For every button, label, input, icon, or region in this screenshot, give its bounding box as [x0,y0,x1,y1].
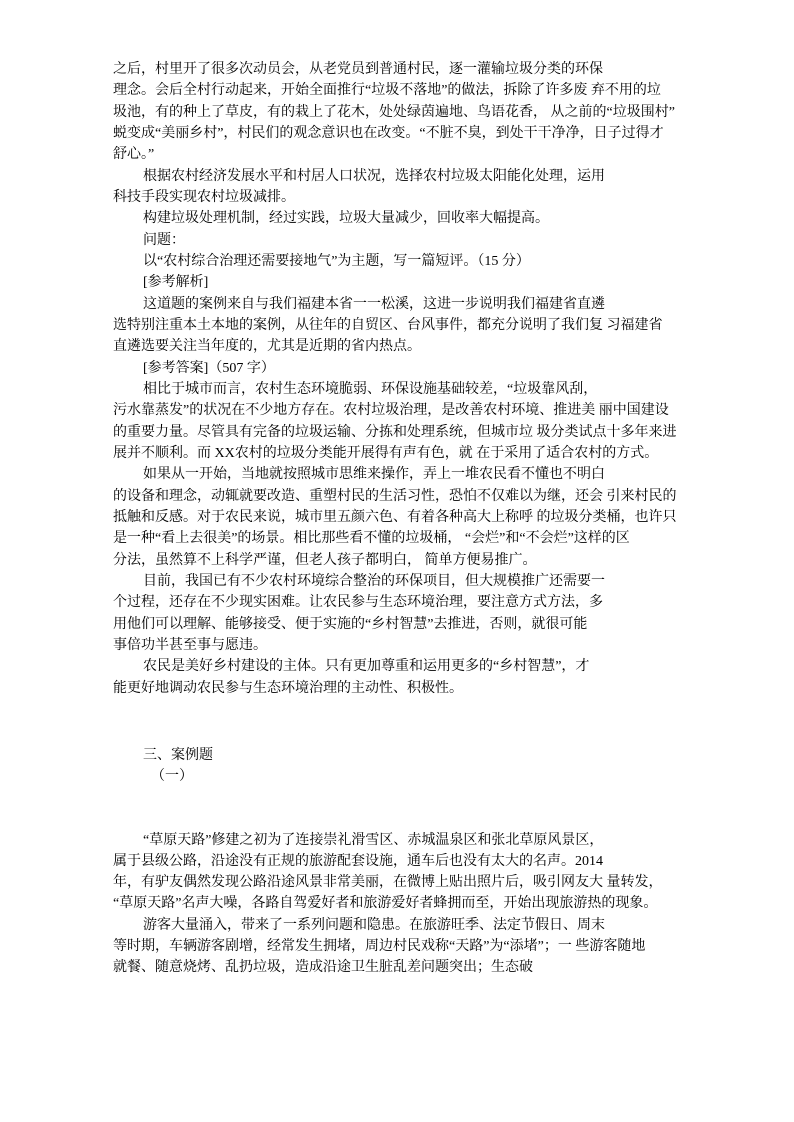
text-line: 目前，我国已有不少农村环境综合整治的环保项目，但大规模推广还需要一 [113,571,753,592]
text-line: 等时期，车辆游客剧增，经常发生拥堵，周边村民戏称“天路”为“添堵”；一 些游客随… [113,936,753,957]
text-line: 舒心。” [113,144,753,165]
text-line: 个过程，还存在不少现实困难。让农民参与生态环境治理，要注意方式方法，多 [113,592,753,613]
text-line: 选特别注重本土本地的案例，从往年的自贸区、台风事件，都充分说明了我们复 习福建省 [113,315,753,336]
text-line: 之后，村里开了很多次动员会，从老党员到普通村民，逐一灌输垃圾分类的环保 [113,59,753,80]
text-line: 属于县级公路，沿途没有正规的旅游配套设施，通车后也没有太大的名声。2014 [113,851,753,872]
text-line: 这道题的案例来自与我们福建本省一一松溪，这进一步说明我们福建省直遴 [113,294,753,315]
text-line: “草原天路”名声大噪，各路自驾爱好者和旅游爱好者蜂拥而至，开始出现旅游热的现象。 [113,893,753,914]
section-heading: 三、案例题 [113,745,753,766]
case-number: （一） [113,766,753,787]
text-line: 如果从一开始，当地就按照城市思维来操作，弄上一堆农民看不懂也不明白 [113,464,753,485]
text-line: 用他们可以理解、能够接受、便于实施的“乡村智慧”去推进，否则，就很可能 [113,614,753,635]
text-line: 分法，虽然算不上科学严谨，但老人孩子都明白， 简单方便易推广。 [113,550,753,571]
continued-answer-text: 之后，村里开了很多次动员会，从老党员到普通村民，逐一灌输垃圾分类的环保理念。会后… [113,59,753,699]
text-line: 的重要力量。尽管具有完备的垃圾运输、分拣和处理系统，但城市垃 圾分类试点十多年来… [113,422,753,443]
text-line: 的设备和理念，动辄就要改造、重塑村民的生活习性，恐怕不仅难以为继，还会 引来村民… [113,486,753,507]
text-line: 就餐、随意烧烤、乱扔垃圾，造成沿途卫生脏乱差问题突出；生态破 [113,957,753,978]
text-line: 事倍功半甚至事与愿违。 [113,635,753,656]
text-line: 以“农村综合治理还需要接地气”为主题，写一篇短评。（15 分） [113,251,753,272]
text-line: [参考解析] [113,272,753,293]
text-line: 相比于城市而言，农村生态环境脆弱、环保设施基础较差，“垃圾靠风刮， [113,379,753,400]
text-line: 是一种“看上去很美”的场景。相比那些看不懂的垃圾桶， “会烂”和“不会烂”这样的… [113,528,753,549]
document-page: 之后，村里开了很多次动员会，从老党员到普通村民，逐一灌输垃圾分类的环保理念。会后… [0,0,794,1122]
text-line: 直遴选要关注当年度的，尤其是近期的省内热点。 [113,336,753,357]
text-line: 科技手段实现农村垃圾减排。 [113,187,753,208]
text-line: 展并不顺利。而 XX农村的垃圾分类能开展得有声有色，就 在于采用了适合农村的方式… [113,443,753,464]
text-line: 根据农村经济发展水平和村居人口状况，选择农村垃圾太阳能化处理，运用 [113,166,753,187]
text-line: 理念。会后全村行动起来，开始全面推行“垃圾不落地”的做法，拆除了许多废 弃不用的… [113,80,753,101]
text-line: “草原天路”修建之初为了连接崇礼滑雪区、赤城温泉区和张北草原风景区， [113,830,753,851]
text-line: 蜕变成“美丽乡村”，村民们的观念意识也在改变。“不脏不臭，到处干干净净，日子过得… [113,123,753,144]
text-line: [参考答案]（507 字） [113,358,753,379]
text-line: 游客大量涌入，带来了一系列问题和隐患。在旅游旺季、法定节假日、周末 [113,915,753,936]
text-line: 构建垃圾处理机制，经过实践，垃圾大量减少，回收率大幅提高。 [113,208,753,229]
text-line: 农民是美好乡村建设的主体。只有更加尊重和运用更多的“乡村智慧”，才 [113,656,753,677]
text-line: 年，有驴友偶然发现公路沿途风景非常美丽，在微博上贴出照片后，吸引网友大 量转发， [113,872,753,893]
text-line: 圾池，有的种上了草皮，有的栽上了花木，处处绿茵遍地、鸟语花香， 从之前的“垃圾围… [113,102,753,123]
text-line: 污水靠蒸发”的状况在不少地方存在。农村垃圾治理，是改善农村环境、推进美 丽中国建… [113,400,753,421]
text-line: 抵触和反感。对于农民来说，城市里五颜六色、有着各种高大上称呼 的垃圾分类桶，也许… [113,507,753,528]
text-line: 能更好地调动农民参与生态环境治理的主动性、积极性。 [113,678,753,699]
text-line: 问题： [113,230,753,251]
section-three-heading: 三、案例题（一） [113,745,753,788]
case-one-body: “草原天路”修建之初为了连接崇礼滑雪区、赤城温泉区和张北草原风景区，属于县级公路… [113,830,753,979]
text-block: 之后，村里开了很多次动员会，从老党员到普通村民，逐一灌输垃圾分类的环保理念。会后… [113,59,753,979]
